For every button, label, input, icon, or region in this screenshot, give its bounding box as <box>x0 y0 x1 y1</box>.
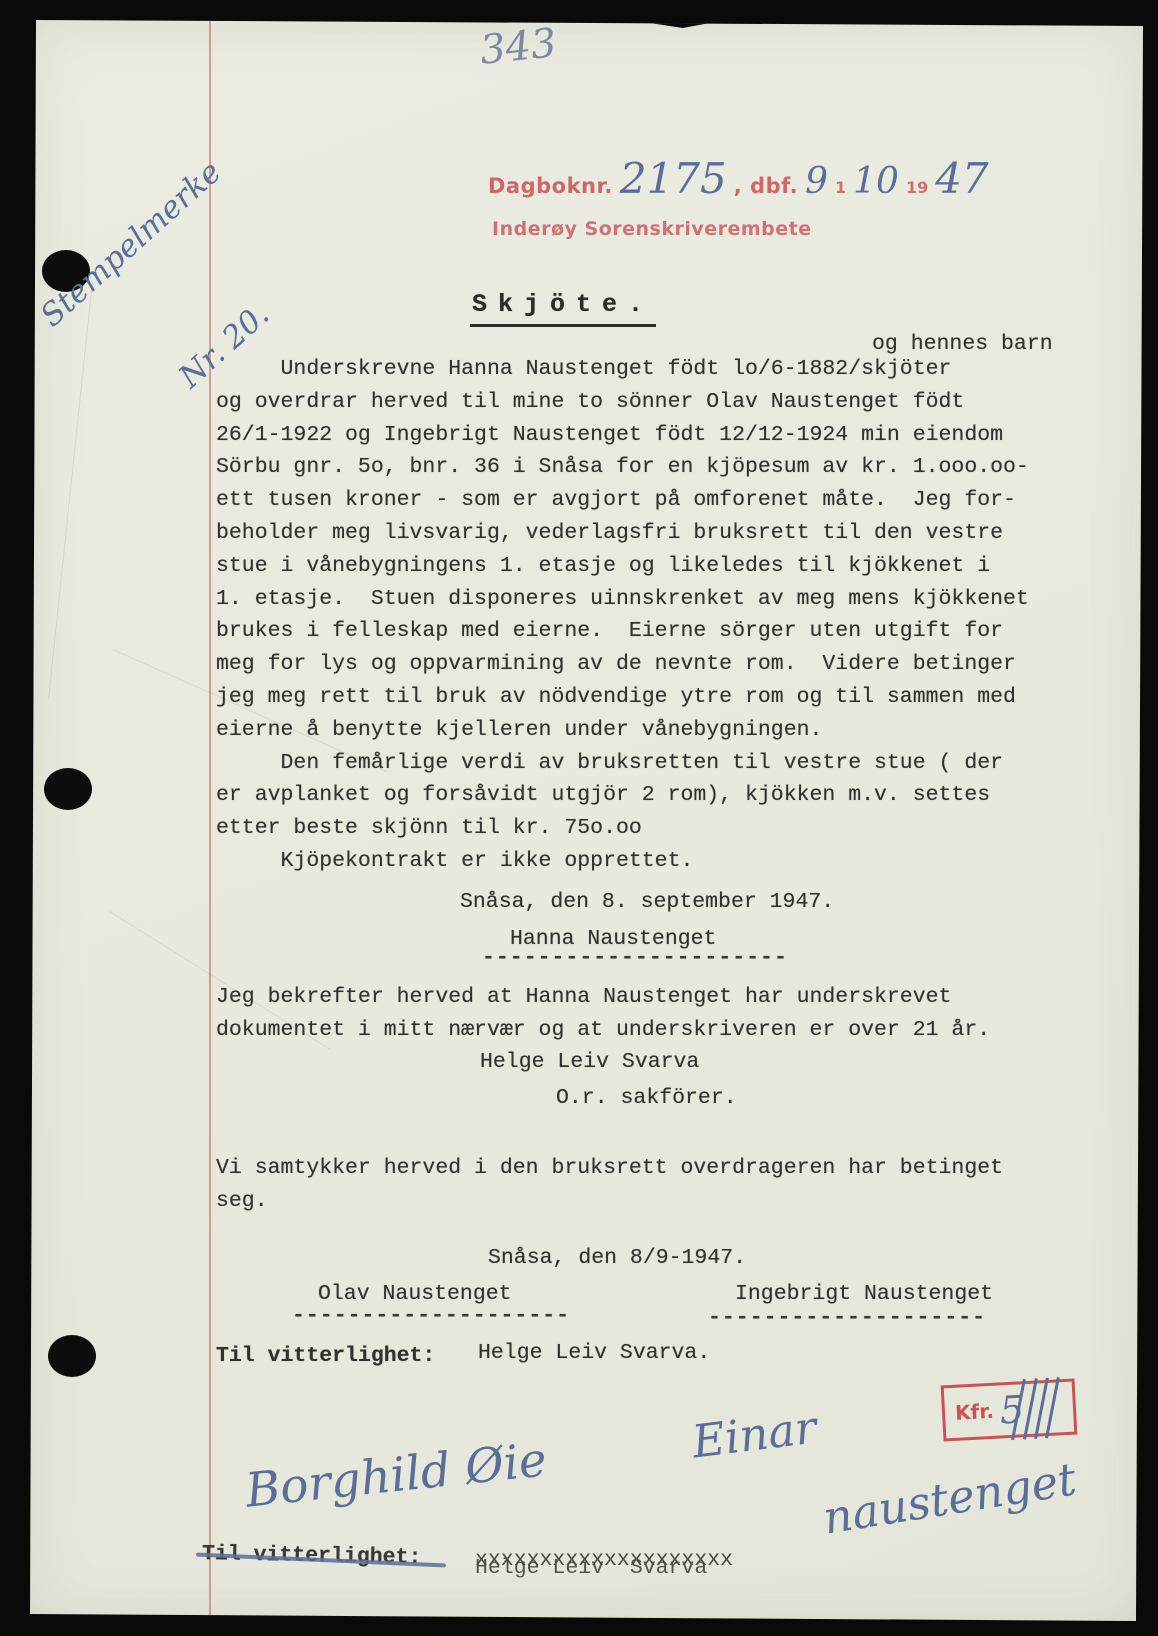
consent-paragraph: Vi samtykker herved i den bruksrett over… <box>216 1152 1003 1218</box>
scanned-deed-page: 343 Stempelmerke Nr. 20. Dagboknr. 2175 … <box>0 0 1158 1636</box>
body-line: stue i vånebygningens 1. etasje og likel… <box>216 550 1029 583</box>
buyer2-signature-underline: -------------------- <box>708 1302 986 1335</box>
handwritten-signature-einar-first: Einar <box>689 1401 819 1469</box>
paper-sheet: 343 Stempelmerke Nr. 20. Dagboknr. 2175 … <box>30 20 1143 1621</box>
punch-hole-middle <box>44 768 92 810</box>
consent-line: seg. <box>216 1185 1003 1218</box>
witness-confirmation: Jeg bekrefter herved at Hanna Naustenget… <box>216 981 990 1047</box>
overtype-x-row: xxxxxxxxxxxxxxxxxxxx <box>475 1548 733 1572</box>
stamp-day: 9 <box>805 164 828 200</box>
buyer1-signature-underline: -------------------- <box>292 1300 570 1333</box>
stamp-dbf-label: , dbf. <box>734 174 798 198</box>
body-line: Sörbu gnr. 5o, bnr. 36 i Snåsa for en kj… <box>216 451 1029 484</box>
body-line: beholder meg livsvarig, vederlagsfri bru… <box>216 517 1029 550</box>
consent-line: Vi samtykker herved i den bruksrett over… <box>216 1152 1003 1185</box>
torn-edge-sliver <box>630 20 726 28</box>
stamp-year: 47 <box>935 158 988 200</box>
witness-name: Helge Leiv Svarva <box>480 1046 699 1079</box>
attest-label: Til vitterlighet: <box>216 1340 435 1373</box>
handwritten-signature-einar-last: naustenget <box>819 1452 1079 1544</box>
stamp-journal-number: 2175 <box>620 158 727 200</box>
witness-line: dokumentet i mitt nærvær og at underskri… <box>216 1014 990 1047</box>
stamp-dagboknr-label: Dagboknr. <box>488 174 613 198</box>
stamp-century: 19 <box>906 178 928 197</box>
witness-title: O.r. sakförer. <box>556 1082 737 1115</box>
body-line: brukes i felleskap med eierne. Eierne sö… <box>216 615 1029 648</box>
body-line: Den femårlige verdi av bruksretten til v… <box>216 747 1029 780</box>
stamp-month: 10 <box>853 164 899 200</box>
stamp-separator: 1 <box>835 178 846 197</box>
body-line: og overdrar herved til mine to sönner Ol… <box>216 386 1029 419</box>
witness-line: Jeg bekrefter herved at Hanna Naustenget… <box>216 981 990 1014</box>
body-line: jeg meg rett til bruk av nödvendige ytre… <box>216 681 1029 714</box>
body-line: ett tusen kroner - som er avgjort på omf… <box>216 484 1029 517</box>
page-number: 343 <box>478 20 559 74</box>
seller-signature-underline: ---------------------- <box>482 942 788 975</box>
punch-hole-bottom <box>48 1335 96 1377</box>
margin-note-line1: Stempelmerke <box>30 150 231 338</box>
body-line: meg for lys og oppvarmining av de nevnte… <box>216 648 1029 681</box>
place-date-line-2: Snåsa, den 8/9-1947. <box>488 1242 746 1275</box>
handwritten-signature-borghild: Borghild Øie <box>243 1432 549 1518</box>
journal-stamp-row: Dagboknr. 2175 , dbf. 9 1 10 19 47 <box>488 158 989 200</box>
deed-body: Underskrevne Hanna Naustenget födt lo/6-… <box>216 353 1029 878</box>
overtyped-name-block: Helge Leiv Svarva xxxxxxxxxxxxxxxxxxxx <box>475 1548 533 1620</box>
body-line: Underskrevne Hanna Naustenget födt lo/6-… <box>216 353 1029 386</box>
attest-name: Helge Leiv Svarva. <box>478 1337 710 1370</box>
body-line: Kjöpekontrakt er ikke opprettet. <box>216 845 1029 878</box>
kfr-label: Kfr. <box>954 1399 994 1425</box>
deed-title: Skjöte. <box>470 290 656 327</box>
body-line: er avplanket og forsåvidt utgjör 2 rom),… <box>216 779 1029 812</box>
body-line: 1. etasje. Stuen disponeres uinnskrenket… <box>216 583 1029 616</box>
kfr-control-stamp: Kfr. 5 <box>941 1379 1078 1442</box>
place-date-line-1: Snåsa, den 8. september 1947. <box>460 886 834 919</box>
sorenskriver-office-stamp: Inderøy Sorenskriverembete <box>492 218 812 240</box>
body-line: 26/1-1922 og Ingebrigt Naustenget födt 1… <box>216 419 1029 452</box>
body-line: eierne å benytte kjelleren under vånebyg… <box>216 714 1029 747</box>
body-line: etter beste skjönn til kr. 75o.oo <box>216 812 1029 845</box>
